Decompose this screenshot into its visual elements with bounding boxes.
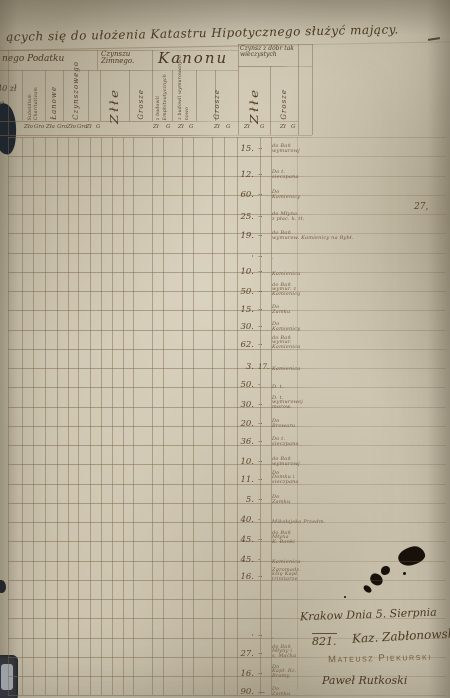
row-rule (8, 464, 446, 465)
entry-zl: 36. (230, 437, 254, 447)
row-rule (8, 580, 446, 581)
entry-zl: 16. (230, 669, 254, 679)
entry-note-line: Zamku (272, 692, 290, 697)
entry-note-line: sieczpana (272, 442, 299, 447)
entry-note: Do t.sieczpana (272, 170, 299, 180)
row-rule (8, 541, 446, 542)
header-column-9: Grosze (270, 70, 298, 120)
entry-zl: 10. (230, 267, 254, 277)
column-rule (45, 137, 46, 695)
header-column-1: Łanowe (45, 70, 63, 120)
row-rule (8, 233, 446, 234)
entry-gr: ·· (258, 253, 262, 261)
entry-note: do Młynaz płac. k. tt. (272, 212, 305, 222)
row-rule (8, 426, 446, 427)
header-rule-v (88, 70, 89, 121)
subheader-cell: Zł (214, 124, 220, 130)
header-column-label: Grosze (213, 89, 221, 120)
entry-note: DoKamienicy (272, 322, 300, 332)
entry-zl: 45. (230, 555, 254, 565)
entry-zl: 15. (230, 144, 254, 154)
header-column-7: Grosze (196, 70, 238, 120)
entry-zl: 40. (230, 515, 254, 525)
entry-note: do Bańwymurowj (272, 144, 300, 154)
entry-note: · (272, 636, 274, 641)
entry-zl: 90. (230, 687, 254, 697)
subheader-cell: Zło (67, 124, 76, 130)
entry-gr: ·· (258, 232, 262, 240)
subheader-cell: G (291, 124, 295, 130)
entry-note: DoDomku isieczpana (272, 471, 299, 485)
entry-gr: ·· (258, 145, 262, 153)
header-column-2: Czynszowego (63, 70, 88, 120)
header-column-label: Charitativum (34, 87, 39, 120)
row-rule (8, 349, 446, 350)
entry-note: D. t. (272, 385, 284, 390)
entry-note-line: Zamku (272, 500, 290, 505)
entry-zl: 27. (230, 649, 254, 659)
row-rule (8, 503, 446, 504)
entry-note-line: sieczpana (272, 480, 299, 485)
entry-zl: 16. (230, 572, 254, 582)
entry-note-line: Kamienica (272, 345, 300, 350)
row-rule (8, 310, 446, 311)
entry-gr: ·· (258, 268, 262, 276)
entry-gr: ·· (258, 632, 262, 640)
entry-note-line: Bramy (272, 674, 297, 679)
column-rule (224, 137, 225, 695)
entry-zl: 5. (230, 495, 254, 505)
entry-zl: 62. (230, 340, 254, 350)
entry-note-line: morow. (272, 405, 303, 410)
column-rule (22, 137, 23, 695)
entry-note: do Bańwymur.Kamienica (272, 336, 300, 350)
header-rule (238, 66, 312, 67)
entry-zl: 60. (230, 190, 254, 200)
entry-note-line: Kamienica (272, 560, 300, 565)
column-rule (193, 137, 194, 695)
entry-zl: 12. (230, 170, 254, 180)
entry-gr: ·· (258, 306, 262, 314)
entry-note-line: Kamienica (272, 272, 300, 277)
entry-gr: ·· (258, 288, 262, 296)
entry-gr: — (258, 688, 265, 696)
entry-zl: 50. (230, 287, 254, 297)
entry-note-line: · (272, 636, 274, 641)
entry-note: DoKamienicy (272, 190, 300, 200)
subheader-cell: Gro (57, 124, 67, 130)
entry-gr: 17. (258, 363, 269, 371)
entry-note: DoZamku (272, 305, 290, 315)
header-rule (238, 44, 312, 45)
entry-note: do BańMłynaK. Banki (272, 531, 295, 545)
column-rule (133, 137, 134, 695)
header-rule-v (298, 44, 299, 135)
entry-zl: 10. (230, 457, 254, 467)
entry-zl: 11. (230, 475, 254, 485)
entry-note-line: Kamienica (272, 367, 300, 372)
entry-gr: · (258, 381, 260, 389)
entry-note: D. t.wymurowejmorow. (272, 396, 303, 410)
column-rule (212, 137, 213, 695)
row-rule (8, 214, 446, 215)
entry-note: do Bańwymurow. Kamienicy na Rybł. (272, 231, 353, 241)
row-rule (8, 445, 446, 446)
entry-note-line: wymurowj (272, 149, 300, 154)
entry-note-line: Mikołajska Przedm. (272, 520, 326, 525)
entry-note: Kamienica (272, 272, 300, 277)
column-rule (78, 137, 79, 695)
entry-gr: ·· (258, 171, 262, 179)
row-rule (8, 695, 446, 696)
column-rule (163, 137, 164, 695)
entry-gr: ·· (258, 536, 262, 544)
row-rule (8, 156, 446, 157)
entry-note: Do t.sieczpana (272, 437, 299, 447)
entry-note-line: · (272, 257, 274, 262)
header-column-4: Grosze (129, 70, 152, 120)
entry-gr: ·· (258, 401, 262, 409)
entry-zl: 30. (230, 322, 254, 332)
entry-note: DoBrowaru (272, 419, 295, 429)
row-rule (8, 676, 446, 677)
subheader-cell: G (226, 124, 230, 130)
subheader-cell: Zł (244, 124, 250, 130)
header-rule-v (312, 44, 313, 135)
header-column-label: Czynszowego (72, 61, 80, 120)
header-column-8: Złłe (238, 70, 270, 120)
subheader-cell: G (96, 124, 100, 130)
column-rule (68, 137, 69, 695)
header-column-3: Złłe (100, 70, 129, 120)
entry-zl: · (230, 252, 254, 262)
entry-note-line: Browaru (272, 424, 295, 429)
row-rule (8, 368, 446, 369)
entry-gr: ·· (258, 458, 262, 466)
entry-zl: 30. (230, 400, 254, 410)
entry-note-line: Zamku (272, 310, 290, 315)
subheader-cell: Zł (86, 124, 92, 130)
row-rule (8, 407, 446, 408)
entry-note: DoZamku (272, 687, 290, 697)
subheader-cell: Zł (178, 124, 184, 130)
entry-note-line: sieczpana (272, 175, 299, 180)
entry-gr: ·· (258, 213, 262, 221)
entry-note: Mikołajska Przedm. (272, 520, 326, 525)
entry-zl: 19. (230, 231, 254, 241)
entry-gr: ·· (258, 341, 262, 349)
entry-zl: 20. (230, 419, 254, 429)
subheader-cell: G (260, 124, 264, 130)
row-rule (8, 195, 446, 196)
entry-gr: · (258, 516, 260, 524)
header-rule (0, 50, 238, 51)
entry-note-line: K. Banki (272, 540, 295, 545)
entry-note-line: Kamienicy (272, 327, 300, 332)
header-column-label: Złłe (108, 87, 121, 124)
column-rule (101, 137, 102, 695)
entry-gr: ·· (258, 650, 262, 658)
header-column-label: Grosze (280, 89, 288, 120)
subheader-cell: Zła (46, 124, 55, 130)
column-rule (8, 137, 9, 695)
entry-note: · (272, 257, 274, 262)
row-rule (8, 176, 446, 177)
row-rule (8, 387, 446, 388)
row-rule (8, 137, 446, 138)
entry-note-line: z płac. k. tt. (272, 217, 305, 222)
entry-note: Kamienica (272, 560, 300, 565)
entry-note-line: wymurowj (272, 462, 300, 467)
entry-note-line: D. t. (272, 385, 284, 390)
entry-note-line: s. Maćka (272, 654, 296, 659)
header-column-label: z budowli (156, 96, 161, 120)
entry-gr: ·· (258, 323, 262, 331)
entry-gr: ·· (258, 496, 262, 504)
entry-note: Kamienica (272, 367, 300, 372)
column-rule (123, 137, 124, 695)
header-column-label: z budowli wymurowanych (178, 55, 183, 120)
subheader-cell: Gro (34, 124, 44, 130)
column-rule (182, 137, 183, 695)
entry-zl: 3. (230, 362, 254, 372)
entry-gr: ·· (258, 191, 262, 199)
entry-gr: ·· (258, 573, 262, 581)
subheader-cell: Zł (153, 124, 159, 130)
entry-zl: 15. (230, 305, 254, 315)
row-rule (8, 599, 446, 600)
column-rule (57, 137, 58, 695)
ledger-page: ących się do ułożenia Katastru Hipotyczn… (0, 0, 450, 698)
entry-note-line: wymurow. Kamienicy na Rybł. (272, 236, 353, 241)
subheader-cell: Zło (24, 124, 33, 130)
entry-note: do BańMłyny is. Maćka (272, 645, 296, 659)
header-rule (0, 135, 312, 136)
row-rule (8, 330, 446, 331)
entry-note-line: Kamienicą (272, 292, 300, 297)
entry-zl: 25. (230, 212, 254, 222)
entry-zl: 45. (230, 535, 254, 545)
column-rule (33, 137, 34, 695)
entry-note: do Bańwymur. zKamienicą (272, 283, 300, 297)
row-rule (8, 272, 446, 273)
row-rule (8, 291, 446, 292)
entry-gr: · (258, 556, 260, 564)
row-rule (8, 638, 446, 639)
header-column-0: SubsidiumCharitativum (22, 70, 45, 120)
entry-gr: ·· (258, 420, 262, 428)
column-rule (90, 137, 91, 695)
header-rule-v (97, 50, 98, 70)
entry-note-line: trinitarze (272, 577, 301, 582)
header-column-label: nowo (185, 107, 190, 120)
entry-zl: 50. (230, 380, 254, 390)
header-column-5: z budowliEmphiteutycznych (152, 70, 172, 120)
row-rule (8, 253, 446, 254)
entry-note: DoKapł. Rz.Bramy (272, 665, 297, 679)
subheader-cell: G (189, 124, 193, 130)
header-column-label: Subsidium (28, 94, 33, 120)
entry-gr: ·· (258, 438, 262, 446)
row-rule (8, 618, 446, 619)
entry-zl: · (230, 631, 254, 641)
header-column-label: Grosze (137, 89, 145, 120)
entry-note-line: Kamienicy (272, 195, 300, 200)
header-rule-v (8, 50, 9, 135)
row-rule (8, 522, 446, 523)
column-rule (112, 137, 113, 695)
table-grid: SubsidiumCharitativumŁanoweCzynszowegoZł… (0, 0, 450, 698)
row-rule (8, 561, 446, 562)
entry-note: Zgromadz.księ Kapł.trinitarze (272, 568, 301, 582)
header-column-label: Złłe (248, 87, 261, 124)
subheader-cell: G (166, 124, 170, 130)
entry-gr: ·· (258, 476, 262, 484)
entry-note: do Bańwymurowj (272, 457, 300, 467)
entry-gr: ·· (258, 670, 262, 678)
column-rule (152, 137, 153, 695)
header-column-label: Emphiteutycznych (163, 74, 168, 120)
row-rule (8, 484, 446, 485)
header-column-label: Łanowe (50, 86, 58, 120)
subheader-cell: Zł (280, 124, 286, 130)
row-rule (8, 657, 446, 658)
entry-note: DoZamku (272, 495, 290, 505)
header-column-6: z budowli wymurowanychnowo (172, 70, 196, 120)
